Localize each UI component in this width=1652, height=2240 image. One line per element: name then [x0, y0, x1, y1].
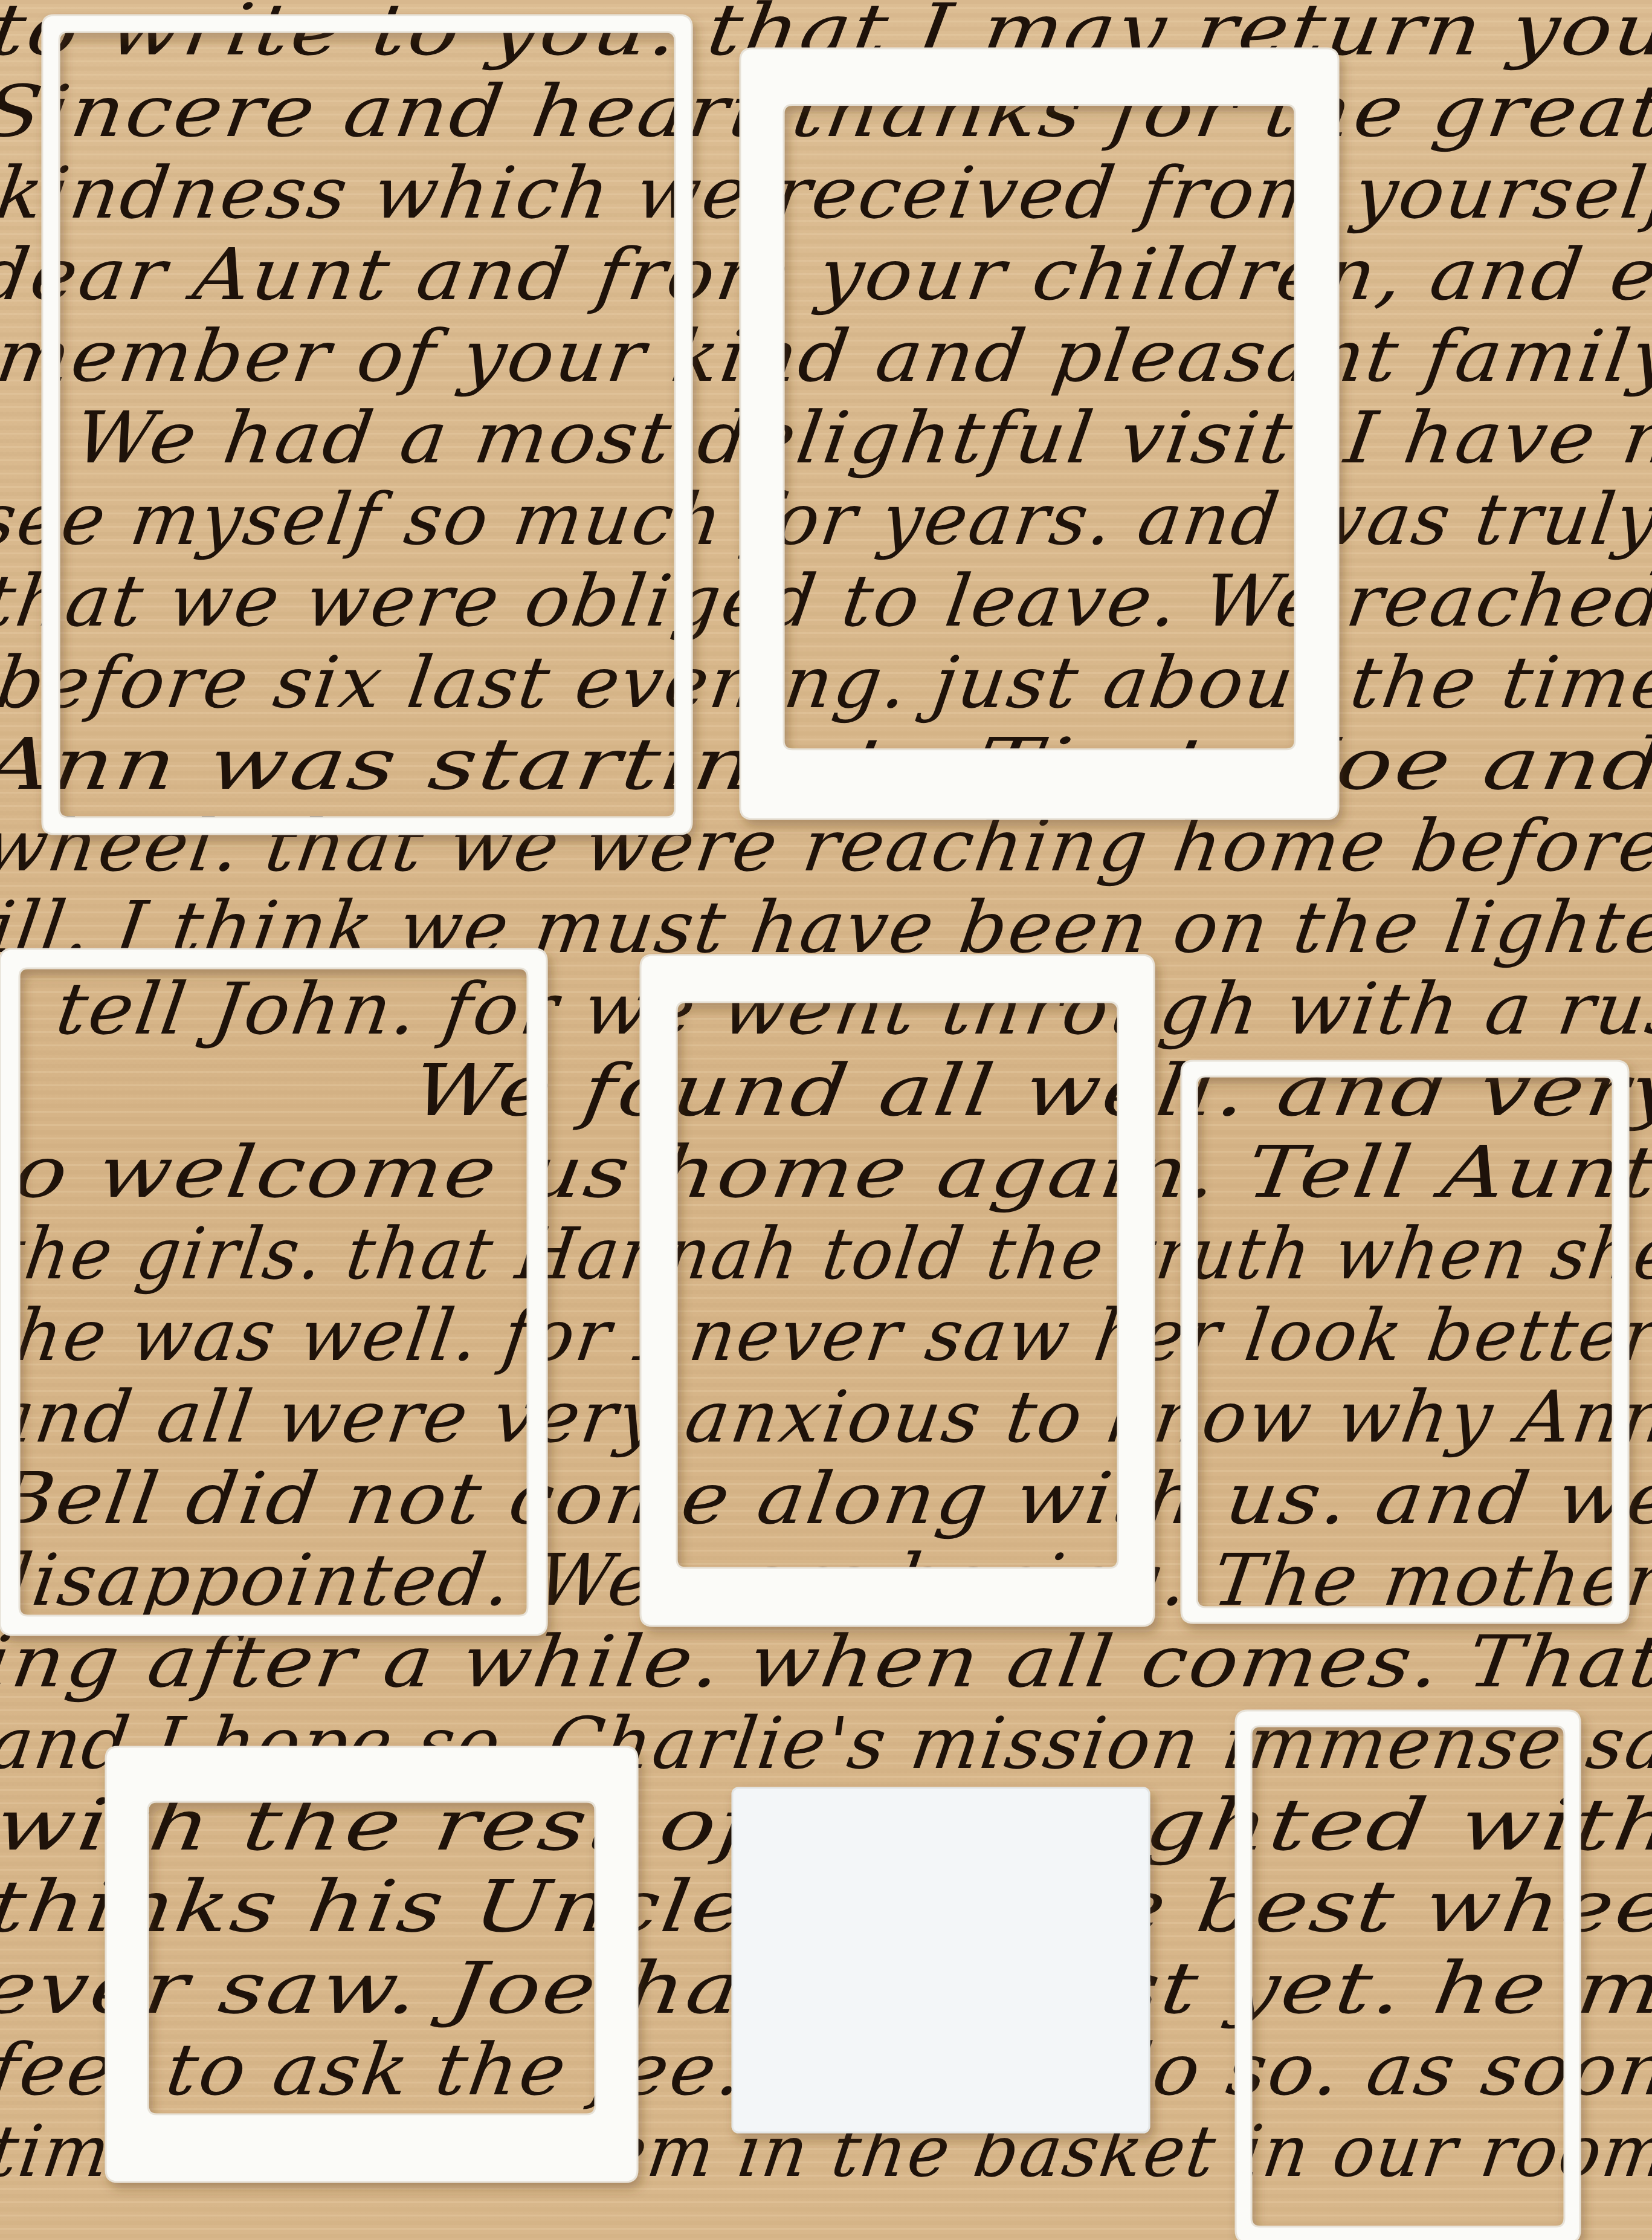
script-line: before six last evening. just about the …: [0, 641, 1652, 724]
script-line: Bell did not come along with us. and we: [0, 1457, 1652, 1540]
script-line: kindness which we received from yourself: [0, 152, 1652, 235]
photo-scene: to write to you. that I may return youSi…: [0, 0, 1652, 2240]
script-line: she was well. for I never saw her look b…: [0, 1294, 1652, 1377]
script-line: dear Aunt and from your children, and e: [0, 233, 1652, 316]
blank-white-card: [732, 1788, 1149, 2132]
script-line: the girls. that Hannah told the truth wh…: [0, 1212, 1652, 1295]
script-line: that we were obliged to leave. We reache…: [0, 560, 1652, 643]
script-line: to welcome us home again. Tell Aunt: [0, 1131, 1652, 1214]
script-line: member of your kind and pleasant family: [0, 315, 1652, 398]
script-line: We had a most delightful visit. I have n…: [70, 397, 1652, 479]
letter-collage: to write to you. that I may return youSi…: [0, 0, 1652, 2240]
script-line: and all were very anxious to know why An…: [0, 1376, 1652, 1458]
script-line: see myself so much for years. and was tr…: [0, 478, 1652, 561]
